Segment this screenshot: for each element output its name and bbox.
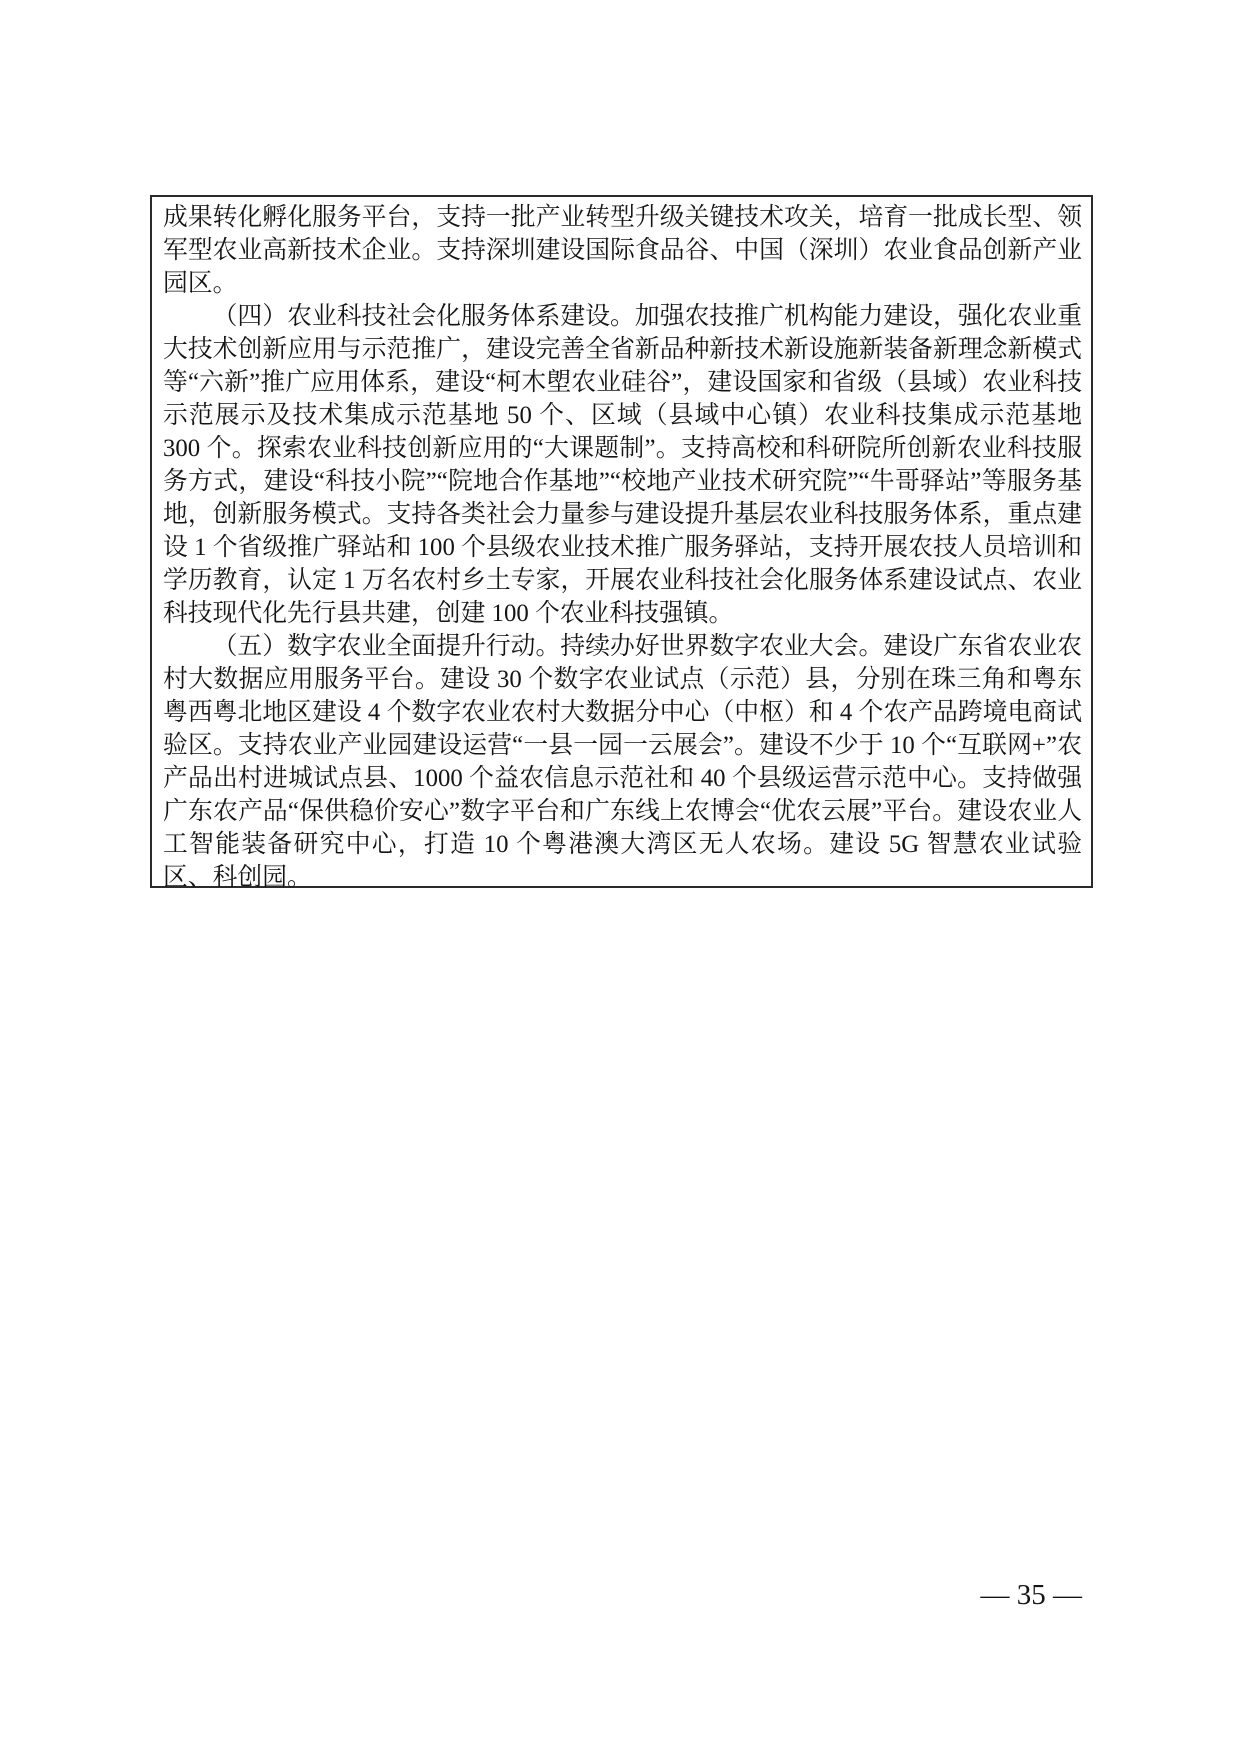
paragraph-section-5: （五）数字农业全面提升行动。持续办好世界数字农业大会。建设广东省农业农村大数据应… bbox=[163, 630, 1082, 894]
paragraph-section-4: （四）农业科技社会化服务体系建设。加强农技推广机构能力建设，强化农业重大技术创新… bbox=[163, 300, 1082, 630]
page-number: — 35 — bbox=[981, 1578, 1083, 1612]
bordered-text-box: 成果转化孵化服务平台，支持一批产业转型升级关键技术攻关，培育一批成长型、领军型农… bbox=[150, 195, 1093, 888]
paragraph-continuation: 成果转化孵化服务平台，支持一批产业转型升级关键技术攻关，培育一批成长型、领军型农… bbox=[163, 201, 1082, 300]
document-page: 成果转化孵化服务平台，支持一批产业转型升级关键技术攻关，培育一批成长型、领军型农… bbox=[0, 0, 1240, 1754]
